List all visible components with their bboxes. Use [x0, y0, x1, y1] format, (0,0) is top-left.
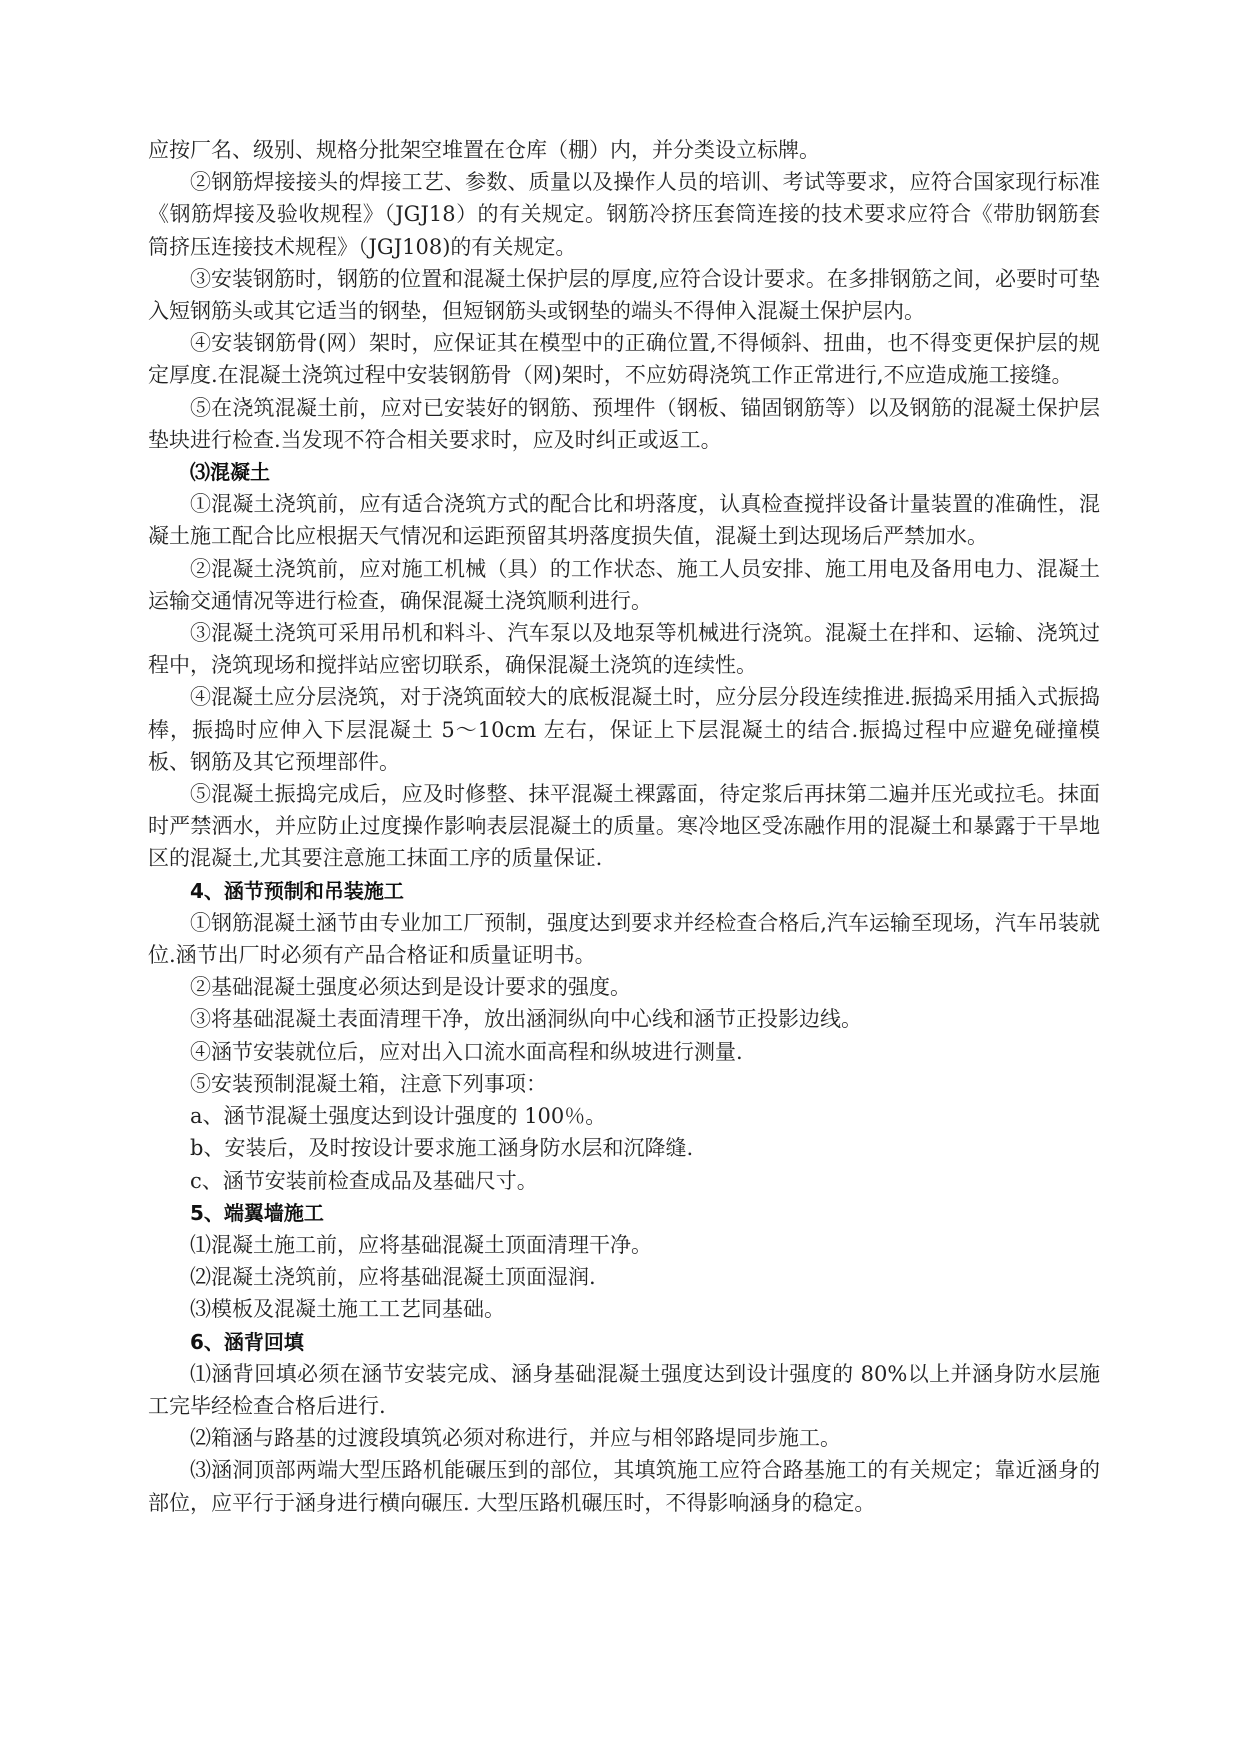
paragraph-pre-pour-inspection: ⑤在浇筑混凝土前，应对已安装好的钢筋、预埋件（钢板、锚固钢筋等）以及钢筋的混凝土… [148, 392, 1100, 456]
list-item-wing-wall-1: ⑴混凝土施工前，应将基础混凝土顶面清理干净。 [148, 1229, 1100, 1261]
list-item-foundation-strength: ②基础混凝土强度必须达到是设计要求的强度。 [148, 971, 1100, 1003]
paragraph-rebar-cage: ④安装钢筋骨(网）架时，应保证其在模型中的正确位置,不得倾斜、扭曲，也不得变更保… [148, 327, 1100, 391]
list-item-elevation-survey: ④涵节安装就位后，应对出入口流水面高程和纵坡进行测量. [148, 1036, 1100, 1068]
list-item-b: b、安装后，及时按设计要求施工涵身防水层和沉降缝. [148, 1132, 1100, 1164]
list-item-c: c、涵节安装前检查成品及基础尺寸。 [148, 1165, 1100, 1197]
heading-culvert-prefab: 4、涵节预制和吊装施工 [148, 875, 1100, 907]
paragraph-concrete-prep: ②混凝土浇筑前，应对施工机械（具）的工作状态、施工人员安排、施工用电及备用电力、… [148, 553, 1100, 617]
list-item-precast-box: ⑤安装预制混凝土箱，注意下列事项： [148, 1068, 1100, 1100]
heading-backfill: 6、涵背回填 [148, 1326, 1100, 1358]
list-item-wing-wall-3: ⑶模板及混凝土施工工艺同基础。 [148, 1293, 1100, 1325]
heading-concrete: ⑶混凝土 [148, 456, 1100, 488]
list-item-wing-wall-2: ⑵混凝土浇筑前，应将基础混凝土顶面湿润. [148, 1261, 1100, 1293]
document-page: 应按厂名、级别、规格分批架空堆置在仓库（棚）内，并分类设立标牌。 ②钢筋焊接接头… [148, 134, 1100, 1519]
paragraph-backfill-1: ⑴涵背回填必须在涵节安装完成、涵身基础混凝土强度达到设计强度的 80%以上并涵身… [148, 1358, 1100, 1422]
list-item-foundation-cleaning: ③将基础混凝土表面清理干净，放出涵洞纵向中心线和涵节正投影边线。 [148, 1003, 1100, 1035]
paragraph-concrete-mix: ①混凝土浇筑前，应有适合浇筑方式的配合比和坍落度，认真检查搅拌设备计量装置的准确… [148, 488, 1100, 552]
heading-wing-wall: 5、端翼墙施工 [148, 1197, 1100, 1229]
paragraph-backfill-2: ⑵箱涵与路基的过渡段填筑必须对称进行，并应与相邻路堤同步施工。 [148, 1422, 1100, 1454]
paragraph-storage-continuation: 应按厂名、级别、规格分批架空堆置在仓库（棚）内，并分类设立标牌。 [148, 134, 1100, 166]
paragraph-concrete-pouring: ③混凝土浇筑可采用吊机和料斗、汽车泵以及地泵等机械进行浇筑。混凝土在拌和、运输、… [148, 617, 1100, 681]
paragraph-backfill-3: ⑶涵洞顶部两端大型压路机能碾压到的部位，其填筑施工应符合路基施工的有关规定；靠近… [148, 1454, 1100, 1518]
paragraph-rebar-installation: ③安装钢筋时，钢筋的位置和混凝土保护层的厚度,应符合设计要求。在多排钢筋之间，必… [148, 263, 1100, 327]
paragraph-concrete-layering: ④混凝土应分层浇筑，对于浇筑面较大的底板混凝土时，应分层分段连续推进.振捣采用插… [148, 681, 1100, 778]
list-item-a: a、涵节混凝土强度达到设计强度的 100％。 [148, 1100, 1100, 1132]
paragraph-rebar-welding: ②钢筋焊接接头的焊接工艺、参数、质量以及操作人员的培训、考试等要求，应符合国家现… [148, 166, 1100, 263]
paragraph-concrete-finishing: ⑤混凝土振捣完成后，应及时修整、抹平混凝土裸露面，待定浆后再抹第二遍并压光或拉毛… [148, 778, 1100, 875]
paragraph-culvert-prefab: ①钢筋混凝土涵节由专业加工厂预制，强度达到要求并经检查合格后,汽车运输至现场，汽… [148, 907, 1100, 971]
